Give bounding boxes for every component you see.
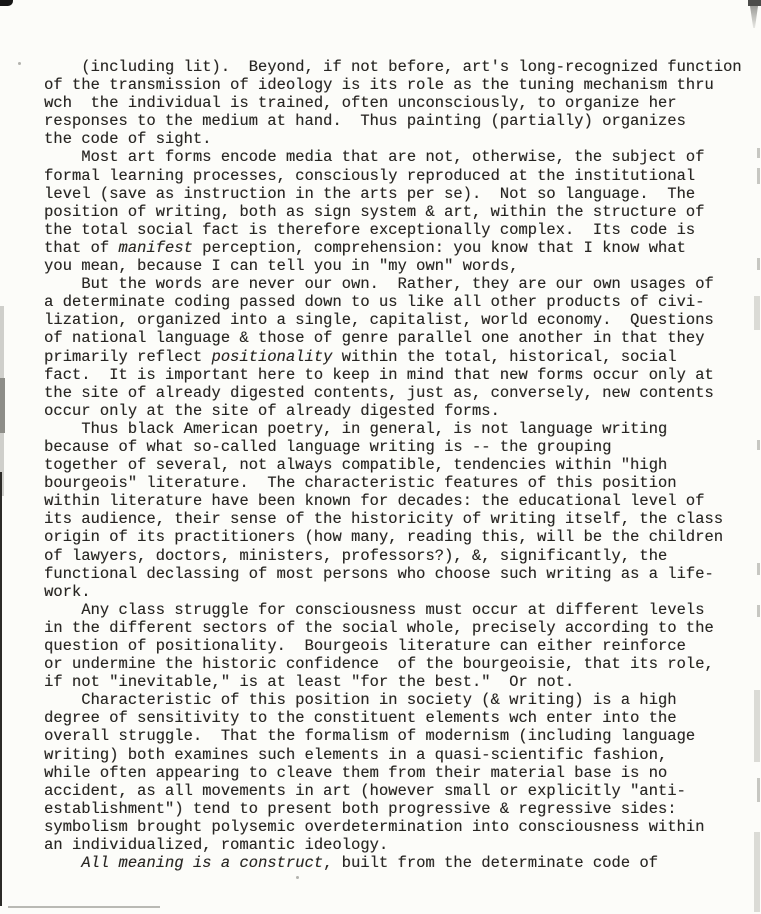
text-segment: if not "inevitable," is at least "for th… xyxy=(44,673,574,691)
text-segment: question of positionality. Bourgeois lit… xyxy=(44,637,686,655)
text-line: bourgeois" literature. The characteristi… xyxy=(44,474,742,492)
text-segment: an individualized, romantic ideology. xyxy=(44,836,388,854)
text-segment: responses to the medium at hand. Thus pa… xyxy=(44,112,686,130)
text-line: writing) both examines such elements in … xyxy=(44,746,742,764)
scan-mark-top-left xyxy=(0,0,13,6)
text-segment: fact. It is important here to keep in mi… xyxy=(44,366,714,384)
paragraph: Characteristic of this position in socie… xyxy=(44,691,742,854)
scan-mark-top-right xyxy=(748,0,761,6)
italic-text-segment: positionality xyxy=(211,348,332,366)
text-segment: in the different sectors of the social w… xyxy=(44,619,714,637)
text-segment: (including lit). Beyond, if not before, … xyxy=(44,58,742,76)
text-segment: Most art forms encode media that are not… xyxy=(44,148,704,166)
text-line: Any class struggle for consciousness mus… xyxy=(44,601,742,619)
text-line: that of manifest perception, comprehensi… xyxy=(44,239,742,257)
text-segment: , built from the determinate code of xyxy=(323,854,658,872)
scan-edge-right-dash xyxy=(757,168,760,184)
text-segment: you mean, because I can tell you in "my … xyxy=(44,257,518,275)
text-line: primarily reflect positionality within t… xyxy=(44,348,742,366)
text-line: the code of sight. xyxy=(44,130,742,148)
paragraph: Thus black American poetry, in general, … xyxy=(44,420,742,601)
text-line: because of what so-called language writi… xyxy=(44,438,742,456)
text-segment: while often appearing to cleave them fro… xyxy=(44,764,667,782)
text-line: Characteristic of this position in socie… xyxy=(44,691,742,709)
text-segment: degree of sensitivity to the constituent… xyxy=(44,709,677,727)
text-line: of lawyers, doctors, ministers, professo… xyxy=(44,547,742,565)
text-line: degree of sensitivity to the constituent… xyxy=(44,709,742,727)
text-segment: functional declassing of most persons wh… xyxy=(44,565,714,583)
text-segment: symbolism brought polysemic overdetermin… xyxy=(44,818,704,836)
text-line: a determinate coding passed down to us l… xyxy=(44,293,742,311)
text-line: Most art forms encode media that are not… xyxy=(44,148,742,166)
text-line: in the different sectors of the social w… xyxy=(44,619,742,637)
text-segment: together of several, not always compatib… xyxy=(44,456,667,474)
text-line: But the words are never our own. Rather,… xyxy=(44,275,742,293)
text-line: establishment") tend to present both pro… xyxy=(44,800,742,818)
text-segment: because of what so-called language writi… xyxy=(44,438,611,456)
text-line: origin of its practitioners (how many, r… xyxy=(44,528,742,546)
scan-edge-right-dash xyxy=(757,148,760,158)
text-segment: wch the individual is trained, often unc… xyxy=(44,94,677,112)
text-line: work. xyxy=(44,583,742,601)
text-segment: within literature have been known for de… xyxy=(44,492,704,510)
italic-text-segment: manifest xyxy=(118,239,192,257)
text-line: overall struggle. That the formalism of … xyxy=(44,727,742,745)
text-line: if not "inevitable," is at least "for th… xyxy=(44,673,742,691)
italic-text-segment: All meaning is a construct xyxy=(81,854,323,872)
text-segment: of lawyers, doctors, ministers, professo… xyxy=(44,547,667,565)
text-line: symbolism brought polysemic overdetermin… xyxy=(44,818,742,836)
scan-speck xyxy=(18,62,21,65)
text-line: of national language & those of genre pa… xyxy=(44,329,742,347)
text-segment: Characteristic of this position in socie… xyxy=(44,691,677,709)
text-line: you mean, because I can tell you in "my … xyxy=(44,257,742,275)
text-line: its audience, their sense of the histori… xyxy=(44,510,742,528)
scan-edge-right-dash xyxy=(757,440,760,450)
text-segment: lization, organized into a single, capit… xyxy=(44,311,714,329)
text-line: functional declassing of most persons wh… xyxy=(44,565,742,583)
text-line: the total social fact is therefore excep… xyxy=(44,221,742,239)
text-segment: accident, as all movements in art (howev… xyxy=(44,782,686,800)
text-line: All meaning is a construct, built from t… xyxy=(44,854,742,872)
text-line: occur only at the site of already digest… xyxy=(44,402,742,420)
typewritten-text: (including lit). Beyond, if not before, … xyxy=(44,58,742,872)
text-line: lization, organized into a single, capit… xyxy=(44,311,742,329)
text-line: position of writing, both as sign system… xyxy=(44,203,742,221)
paragraph: All meaning is a construct, built from t… xyxy=(44,854,742,872)
text-line: wch the individual is trained, often unc… xyxy=(44,94,742,112)
text-segment: But the words are never our own. Rather,… xyxy=(44,275,714,293)
document-page: (including lit). Beyond, if not before, … xyxy=(0,0,761,914)
text-segment: within the total, historical, social xyxy=(332,348,676,366)
text-line: Thus black American poetry, in general, … xyxy=(44,420,742,438)
paragraph: Most art forms encode media that are not… xyxy=(44,148,742,275)
text-segment: or undermine the historic confidence of … xyxy=(44,655,714,673)
text-line: fact. It is important here to keep in mi… xyxy=(44,366,742,384)
text-segment: Any class struggle for consciousness mus… xyxy=(44,601,704,619)
text-segment: that of xyxy=(44,239,118,257)
scan-mark-bottom-line xyxy=(8,906,160,908)
text-segment: establishment") tend to present both pro… xyxy=(44,800,677,818)
scan-speck xyxy=(296,876,299,879)
text-segment: of national language & those of genre pa… xyxy=(44,329,704,347)
text-line: of the transmission of ideology is its r… xyxy=(44,76,742,94)
text-segment: bourgeois" literature. The characteristi… xyxy=(44,474,677,492)
text-segment: the site of already digested contents, j… xyxy=(44,384,714,402)
text-line: question of positionality. Bourgeois lit… xyxy=(44,637,742,655)
text-segment: primarily reflect xyxy=(44,348,211,366)
scan-edge-right-dash xyxy=(754,296,760,330)
text-segment: a determinate coding passed down to us l… xyxy=(44,293,704,311)
text-segment: of the transmission of ideology is its r… xyxy=(44,76,714,94)
scan-edge-right-dash xyxy=(754,690,760,762)
text-line: together of several, not always compatib… xyxy=(44,456,742,474)
text-segment: the code of sight. xyxy=(44,130,211,148)
text-segment: position of writing, both as sign system… xyxy=(44,203,704,221)
text-line: (including lit). Beyond, if not before, … xyxy=(44,58,742,76)
scan-edge-left-dark xyxy=(0,472,2,906)
text-line: level (save as instruction in the arts p… xyxy=(44,185,742,203)
text-segment: occur only at the site of already digest… xyxy=(44,402,500,420)
text-segment: origin of its practitioners (how many, r… xyxy=(44,528,723,546)
text-line: responses to the medium at hand. Thus pa… xyxy=(44,112,742,130)
text-line: or undermine the historic confidence of … xyxy=(44,655,742,673)
text-line: formal learning processes, consciously r… xyxy=(44,167,742,185)
text-segment: perception, comprehension: you know that… xyxy=(193,239,686,257)
paragraph: (including lit). Beyond, if not before, … xyxy=(44,58,742,148)
text-line: accident, as all movements in art (howev… xyxy=(44,782,742,800)
text-segment: level (save as instruction in the arts p… xyxy=(44,185,695,203)
scan-edge-right-dash xyxy=(757,605,760,617)
scan-edge-left-blob xyxy=(0,378,5,433)
text-segment: work. xyxy=(44,583,91,601)
text-segment xyxy=(44,854,81,872)
scan-edge-right-dash xyxy=(757,563,760,575)
text-line: an individualized, romantic ideology. xyxy=(44,836,742,854)
scan-mark-top-right-tail xyxy=(750,6,758,28)
text-segment: the total social fact is therefore excep… xyxy=(44,221,695,239)
text-line: while often appearing to cleave them fro… xyxy=(44,764,742,782)
text-segment: writing) both examines such elements in … xyxy=(44,746,667,764)
scan-edge-right-dash xyxy=(754,832,760,912)
text-segment: its audience, their sense of the histori… xyxy=(44,510,723,528)
text-line: the site of already digested contents, j… xyxy=(44,384,742,402)
scan-edge-right-dash xyxy=(757,778,760,802)
paragraph: But the words are never our own. Rather,… xyxy=(44,275,742,420)
scan-edge-right-dash xyxy=(757,258,760,270)
paragraph: Any class struggle for consciousness mus… xyxy=(44,601,742,691)
text-segment: Thus black American poetry, in general, … xyxy=(44,420,667,438)
text-line: within literature have been known for de… xyxy=(44,492,742,510)
text-segment: formal learning processes, consciously r… xyxy=(44,167,695,185)
text-segment: overall struggle. That the formalism of … xyxy=(44,727,695,745)
